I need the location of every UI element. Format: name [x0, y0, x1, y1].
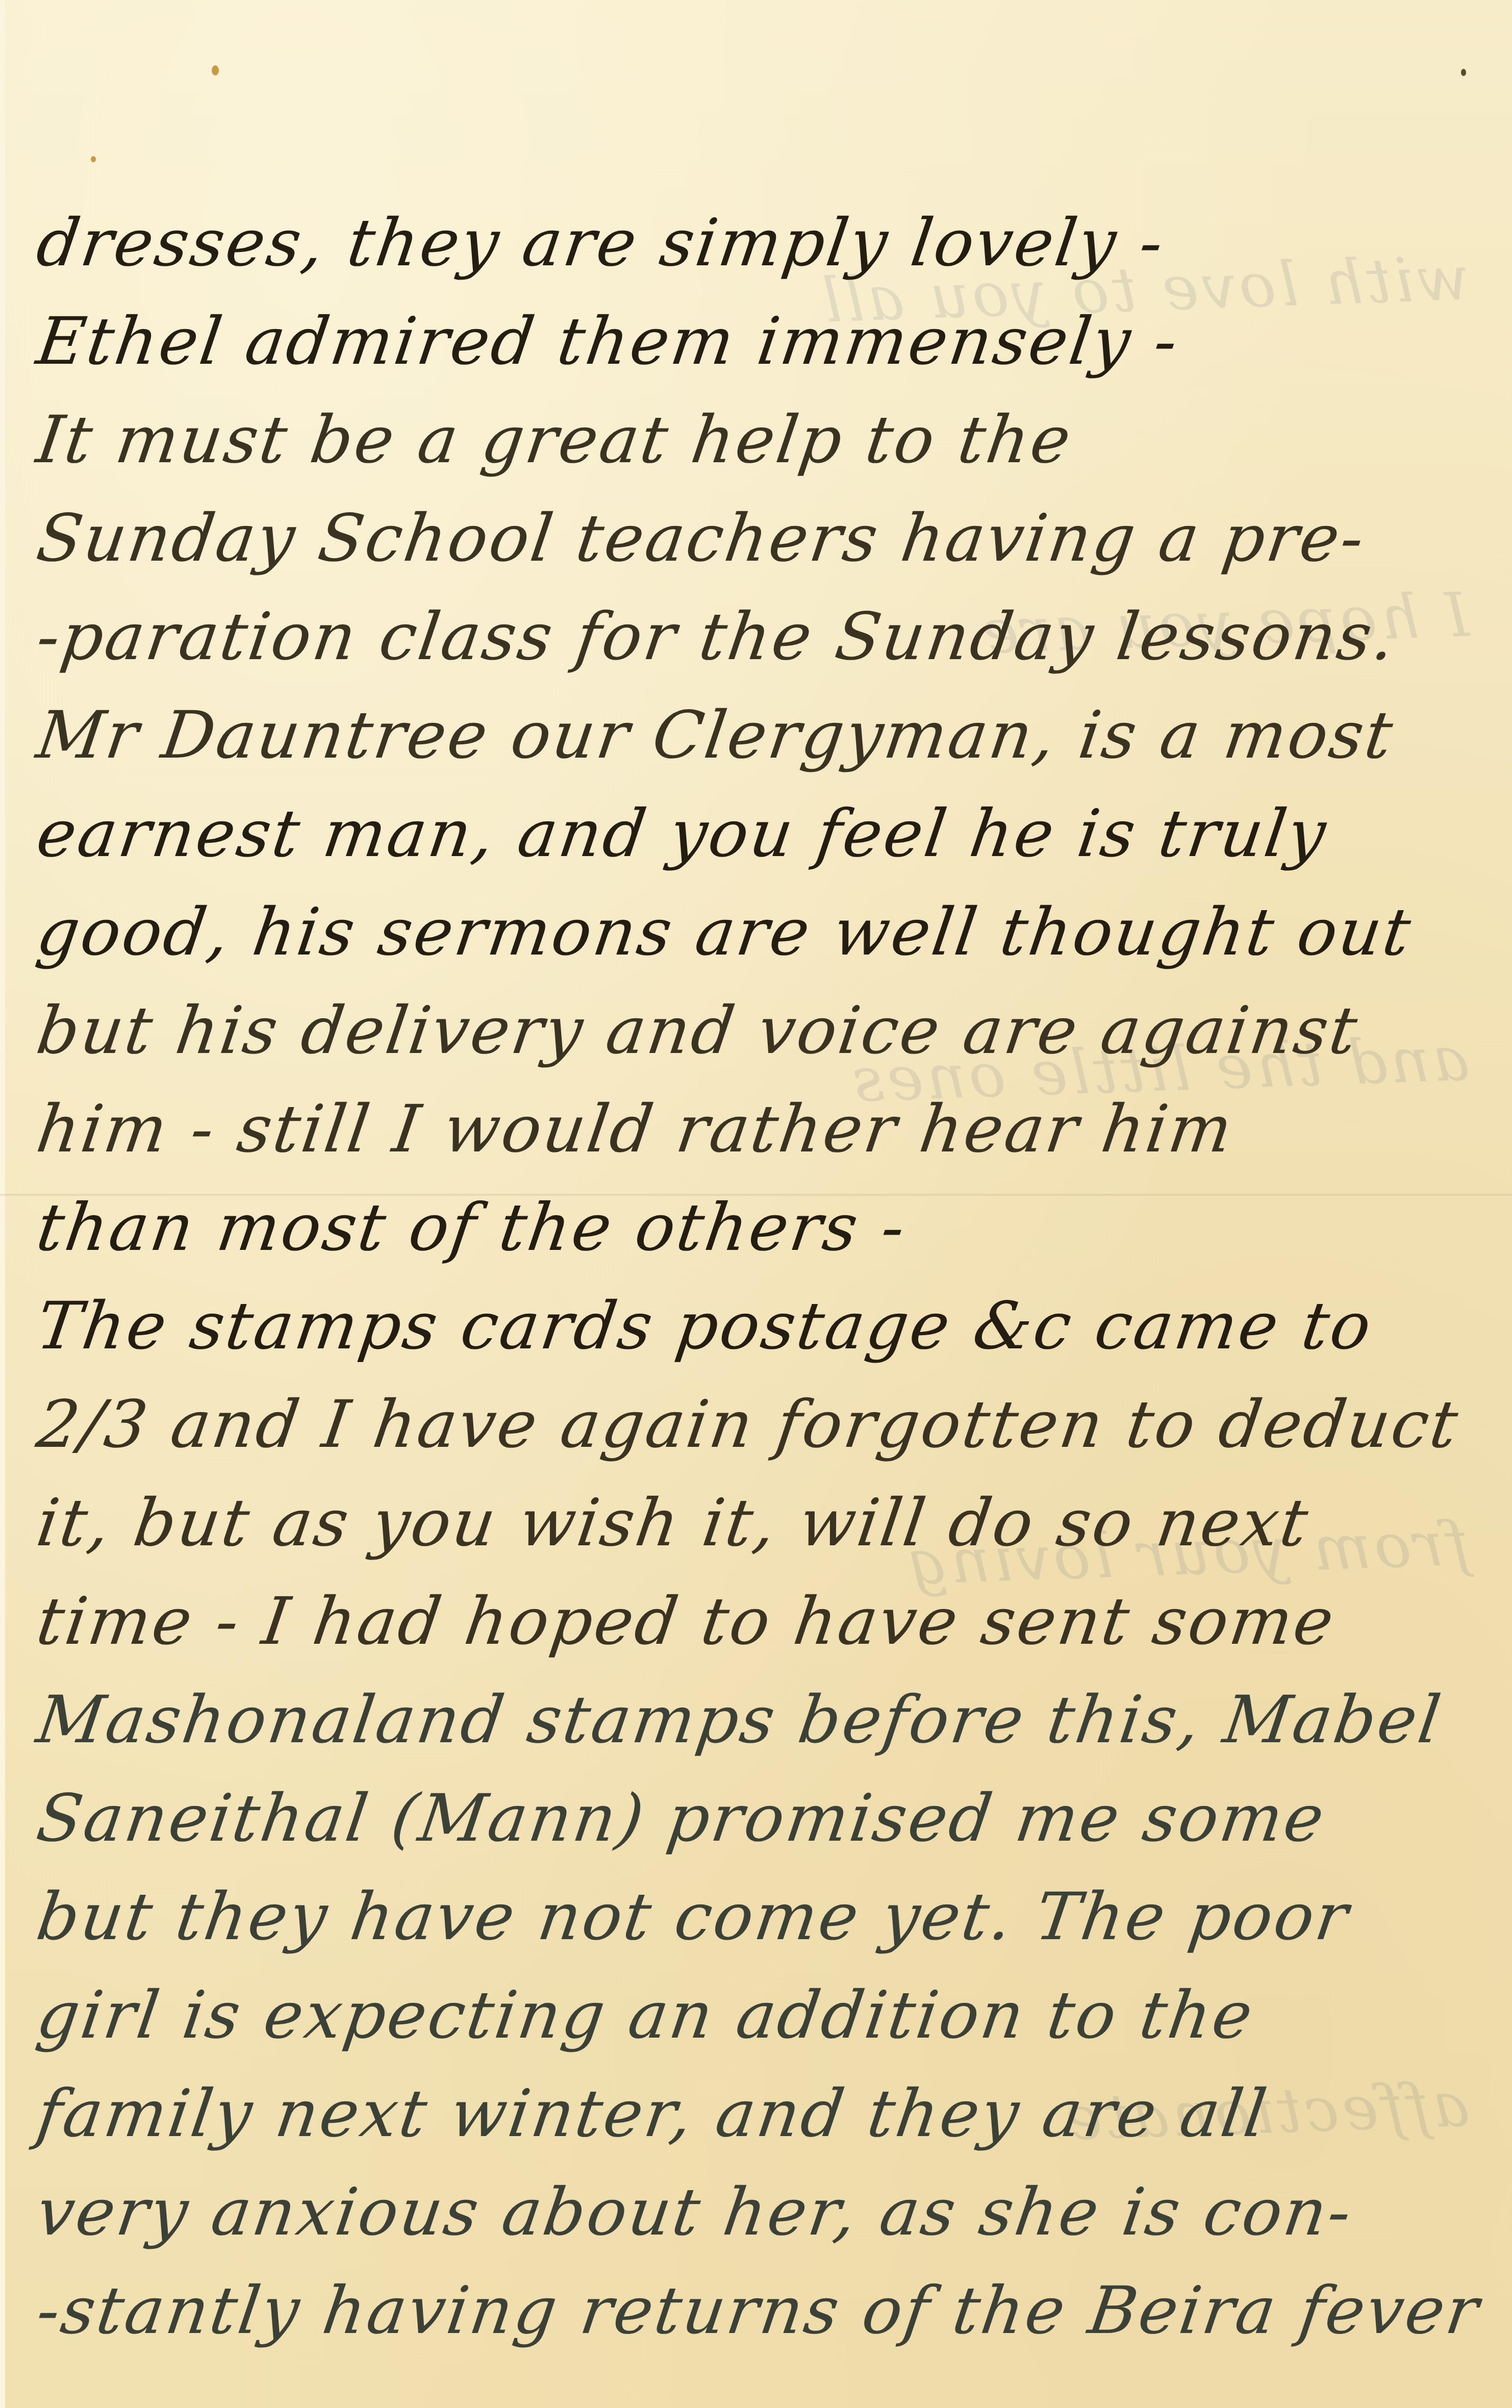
letter-line: him - still I would rather hear him — [31, 1080, 1503, 1178]
letter-line: than most of the others - — [31, 1178, 1503, 1277]
letter-line: girl is expecting an addition to the — [31, 1966, 1503, 2065]
letter-line: it, but as you wish it, will do so next — [31, 1474, 1503, 1572]
letter-line: -paration class for the Sunday lessons. — [31, 588, 1503, 686]
paper-stain — [91, 156, 96, 162]
paper-stain — [212, 65, 219, 76]
letter-line: but his delivery and voice are against — [31, 982, 1503, 1080]
letter-line: 2/3 and I have again forgotten to deduct — [31, 1375, 1503, 1474]
letter-line: Mr Dauntree our Clergyman, is a most — [31, 686, 1503, 785]
letter-line: Mashonaland stamps before this, Mabel — [31, 1671, 1503, 1769]
letter-page: with love to you all I hope you are and … — [0, 0, 1512, 2408]
letter-line: dresses, they are simply lovely - — [31, 194, 1503, 292]
paper-speck — [1461, 69, 1466, 76]
letter-line: Sunday School teachers having a pre- — [31, 489, 1503, 588]
page-left-edge — [0, 0, 5, 2408]
letter-line: but they have not come yet. The poor — [31, 1868, 1503, 1966]
letter-line: It must be a great help to the — [31, 391, 1503, 489]
letter-line: -stantly having returns of the Beira fev… — [31, 2262, 1503, 2360]
letter-line: The stamps cards postage &c came to — [31, 1277, 1503, 1375]
letter-line: time - I had hoped to have sent some — [31, 1572, 1503, 1671]
letter-line: very anxious about her, as she is con- — [31, 2163, 1503, 2262]
letter-body: dresses, they are simply lovely - Ethel … — [31, 194, 1490, 2360]
letter-line: earnest man, and you feel he is truly — [31, 785, 1503, 883]
letter-line: family next winter, and they are all — [31, 2065, 1503, 2163]
letter-line: Ethel admired them immensely - — [31, 292, 1503, 391]
letter-line: good, his sermons are well thought out — [31, 883, 1503, 982]
letter-line: Saneithal (Mann) promised me some — [31, 1769, 1503, 1868]
